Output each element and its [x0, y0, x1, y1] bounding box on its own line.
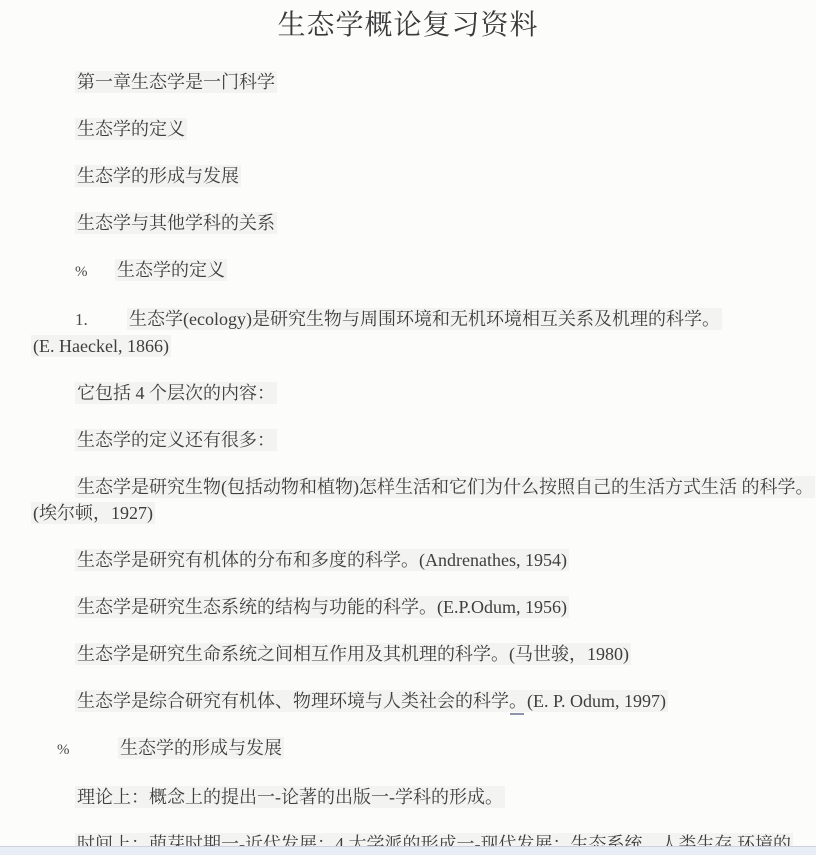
paragraph-text: 它包括 4 个层次的内容： — [75, 382, 277, 404]
paragraph-text: 生态学的定义 — [75, 118, 187, 140]
paragraph-line: 它包括 4 个层次的内容： — [0, 380, 816, 406]
paragraph-text: (E. Haeckel, 1866) — [31, 335, 171, 357]
paragraph-line: %生态学的形成与发展 — [0, 735, 816, 763]
paragraph-line: 生态学是综合研究有机体、物理环境与人类社会的科学。(E. P. Odum, 19… — [0, 688, 816, 714]
list-marker: 1. — [75, 307, 127, 333]
paragraph: 生态学是综合研究有机体、物理环境与人类社会的科学。(E. P. Odum, 19… — [0, 688, 816, 714]
paragraph-line: 生态学是研究有机体的分布和多度的科学。(Andrenathes, 1954) — [0, 547, 816, 573]
paragraph-line: 生态学是研究生命系统之间相互作用及其机理的科学。(马世骏，1980) — [0, 641, 816, 667]
paragraph-line: %生态学的定义 — [0, 257, 816, 285]
paragraph-text: 生态学是研究有机体的分布和多度的科学。(Andrenathes, 1954) — [75, 549, 569, 571]
stray-underscore-mark — [510, 713, 524, 715]
paragraph-text: 理论上：概念上的提出一-论著的出版一-学科的形成。 — [75, 786, 505, 808]
paragraph: 生态学的定义还有很多： — [0, 427, 816, 453]
paragraph-line: 生态学是研究生物(包括动物和植物)怎样生活和它们为什么按照自己的生活方式生活 的… — [0, 474, 816, 500]
paragraph-line: 1.生态学(ecology)是研究生物与周围环境和无机环境相互关系及机理的科学。 — [0, 306, 816, 333]
paragraph-text: 生态学的形成与发展 — [75, 165, 241, 187]
list-marker: % — [57, 737, 118, 763]
paragraph: 生态学的定义 — [0, 116, 816, 142]
paragraph-text: 生态学是综合研究有机体、物理环境与人类社会的科学。(E. P. Odum, 19… — [75, 690, 668, 712]
paragraph-continuation-line: (埃尔顿，1927) — [0, 500, 816, 526]
paragraph-line: 理论上：概念上的提出一-论著的出版一-学科的形成。 — [0, 784, 816, 810]
paragraph: 生态学的形成与发展 — [0, 163, 816, 189]
paragraph-text: 生态学的形成与发展 — [118, 737, 284, 759]
horizontal-scrollbar[interactable] — [0, 846, 816, 855]
list-marker: % — [75, 259, 115, 285]
paragraph-line: 生态学与其他学科的关系 — [0, 210, 816, 236]
paragraph-line: 生态学的定义还有很多： — [0, 427, 816, 453]
paragraph-text: 生态学的定义还有很多： — [75, 429, 277, 451]
paragraph-line: 第一章生态学是一门科学 — [0, 69, 816, 95]
paragraph-continuation-line: (E. Haeckel, 1866) — [0, 333, 816, 359]
paragraph-text: 生态学是研究生态系统的结构与功能的科学。(E.P.Odum, 1956) — [75, 596, 569, 618]
paragraph: 1.生态学(ecology)是研究生物与周围环境和无机环境相互关系及机理的科学。… — [0, 306, 816, 359]
document-body: 第一章生态学是一门科学生态学的定义生态学的形成与发展生态学与其他学科的关系%生态… — [0, 69, 816, 855]
paragraph-line: 生态学是研究生态系统的结构与功能的科学。(E.P.Odum, 1956) — [0, 594, 816, 620]
paragraph-text: 生态学是研究生物(包括动物和植物)怎样生活和它们为什么按照自己的生活方式生活 的… — [75, 476, 815, 498]
paragraph-text: 生态学是研究生命系统之间相互作用及其机理的科学。(马世骏，1980) — [75, 643, 631, 665]
paragraph: 第一章生态学是一门科学 — [0, 69, 816, 95]
paragraph: %生态学的定义 — [0, 257, 816, 285]
paragraph: %生态学的形成与发展 — [0, 735, 816, 763]
paragraph-line: 生态学的形成与发展 — [0, 163, 816, 189]
document-title: 生态学概论复习资料 — [0, 0, 816, 42]
document-page: 生态学概论复习资料 第一章生态学是一门科学生态学的定义生态学的形成与发展生态学与… — [0, 0, 816, 855]
paragraph-text: (埃尔顿，1927) — [31, 502, 155, 524]
paragraph-text: 生态学与其他学科的关系 — [75, 212, 277, 234]
paragraph-line: 生态学的定义 — [0, 116, 816, 142]
paragraph: 生态学与其他学科的关系 — [0, 210, 816, 236]
paragraph: 生态学是研究有机体的分布和多度的科学。(Andrenathes, 1954) — [0, 547, 816, 573]
paragraph: 生态学是研究生态系统的结构与功能的科学。(E.P.Odum, 1956) — [0, 594, 816, 620]
paragraph: 生态学是研究生物(包括动物和植物)怎样生活和它们为什么按照自己的生活方式生活 的… — [0, 474, 816, 526]
paragraph-text: 生态学(ecology)是研究生物与周围环境和无机环境相互关系及机理的科学。 — [127, 308, 722, 330]
paragraph: 理论上：概念上的提出一-论著的出版一-学科的形成。 — [0, 784, 816, 810]
paragraph-text: 生态学的定义 — [115, 259, 227, 281]
paragraph: 生态学是研究生命系统之间相互作用及其机理的科学。(马世骏，1980) — [0, 641, 816, 667]
paragraph-text: 第一章生态学是一门科学 — [75, 71, 277, 93]
paragraph: 它包括 4 个层次的内容： — [0, 380, 816, 406]
